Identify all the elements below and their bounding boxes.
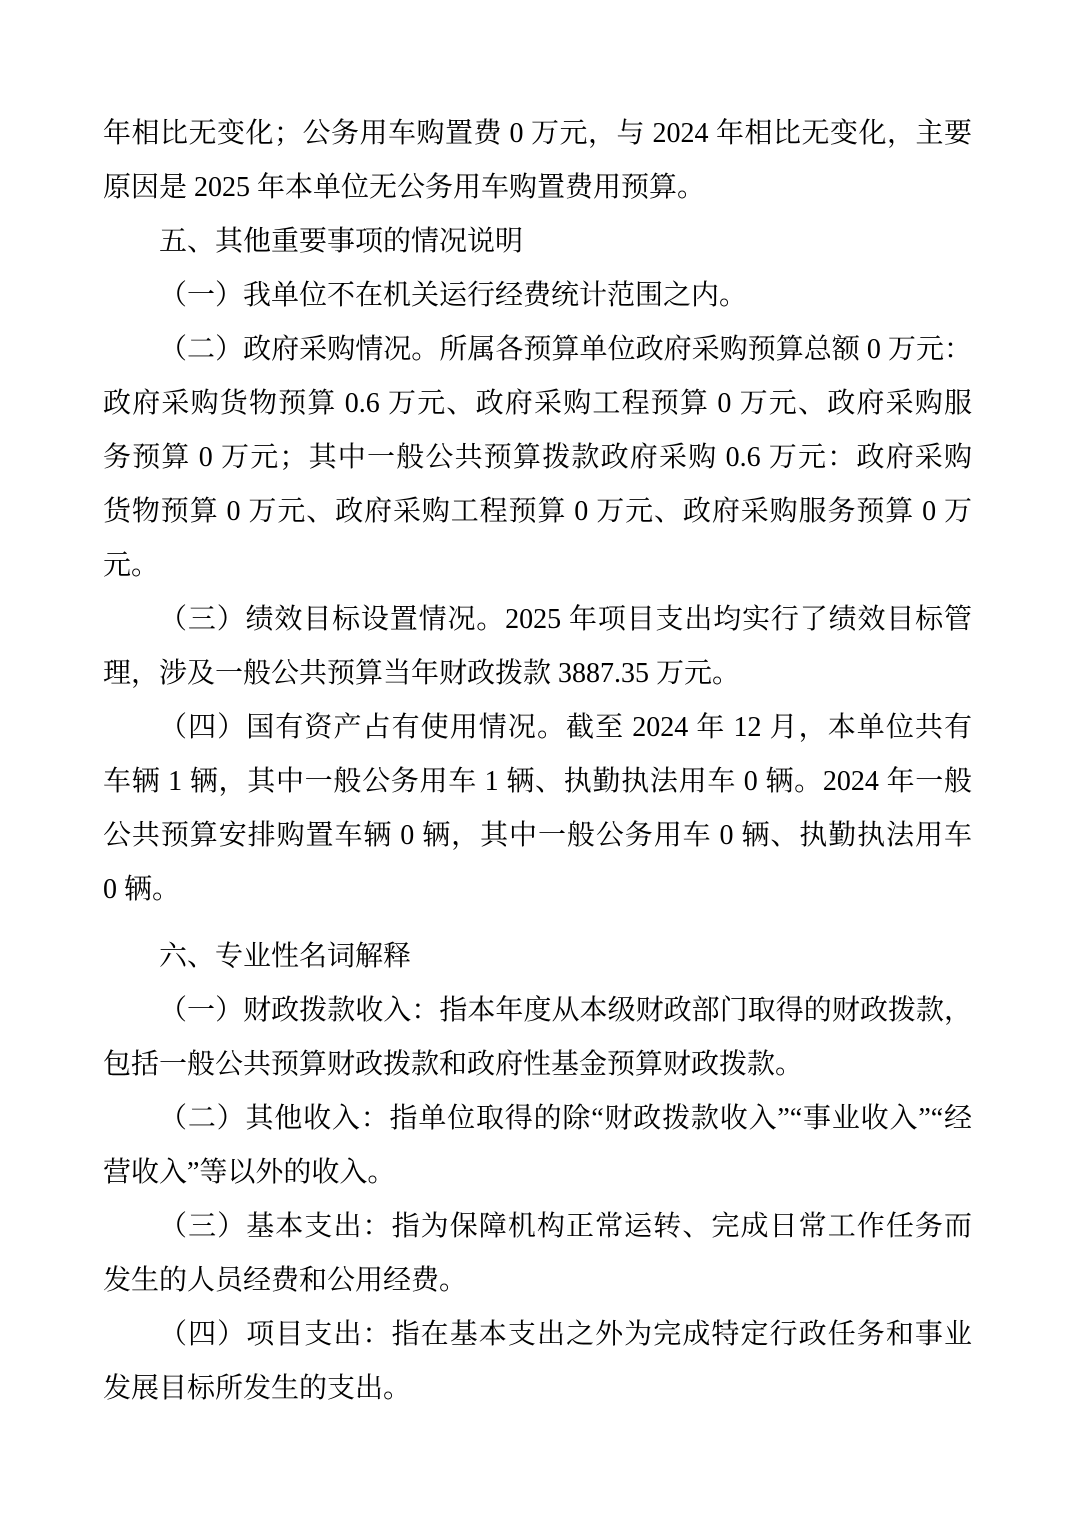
text-line: （四）项目支出：指在基本支出之外为完成特定行政任务和事业 bbox=[103, 1308, 972, 1362]
document-body: 年相比无变化；公务用车购置费 0 万元，与 2024 年相比无变化，主要原因是 … bbox=[0, 0, 1074, 1416]
text-line: （三）绩效目标设置情况。2025 年项目支出均实行了绩效目标管 bbox=[103, 593, 972, 647]
para-6-1-fiscal-appropriation-income: （一）财政拨款收入：指本年度从本级财政部门取得的财政拨款，包括一般公共预算财政拨… bbox=[103, 984, 972, 1092]
text-line: 政府采购货物预算 0.6 万元、政府采购工程预算 0 万元、政府采购服 bbox=[103, 377, 972, 431]
text-line: 元。 bbox=[103, 539, 972, 593]
para-5-1-operating-funds: （一）我单位不在机关运行经费统计范围之内。 bbox=[103, 269, 972, 323]
text-line: （四）国有资产占有使用情况。截至 2024 年 12 月，本单位共有 bbox=[103, 701, 972, 755]
text-line: 包括一般公共预算财政拨款和政府性基金预算财政拨款。 bbox=[103, 1038, 972, 1092]
para-6-2-other-income: （二）其他收入：指单位取得的除“财政拨款收入”“事业收入”“经营收入”等以外的收… bbox=[103, 1092, 972, 1200]
text-line: （二）政府采购情况。所属各预算单位政府采购预算总额 0 万元： bbox=[103, 323, 972, 377]
text-line: （一）财政拨款收入：指本年度从本级财政部门取得的财政拨款， bbox=[103, 984, 972, 1038]
text-line: 五、其他重要事项的情况说明 bbox=[103, 215, 972, 269]
text-line: （一）我单位不在机关运行经费统计范围之内。 bbox=[103, 269, 972, 323]
document-page: 年相比无变化；公务用车购置费 0 万元，与 2024 年相比无变化，主要原因是 … bbox=[0, 0, 1074, 1520]
para-6-3-basic-expenditure: （三）基本支出：指为保障机构正常运转、完成日常工作任务而发生的人员经费和公用经费… bbox=[103, 1200, 972, 1308]
text-line: 营收入”等以外的收入。 bbox=[103, 1146, 972, 1200]
text-line: 理，涉及一般公共预算当年财政拨款 3887.35 万元。 bbox=[103, 647, 972, 701]
para-5-3-performance-targets: （三）绩效目标设置情况。2025 年项目支出均实行了绩效目标管理，涉及一般公共预… bbox=[103, 593, 972, 701]
text-line: 六、专业性名词解释 bbox=[103, 930, 972, 984]
text-line: （三）基本支出：指为保障机构正常运转、完成日常工作任务而 bbox=[103, 1200, 972, 1254]
para-5-4-state-assets: （四）国有资产占有使用情况。截至 2024 年 12 月，本单位共有车辆 1 辆… bbox=[103, 701, 972, 917]
text-line: （二）其他收入：指单位取得的除“财政拨款收入”“事业收入”“经 bbox=[103, 1092, 972, 1146]
para-5-2-government-procurement: （二）政府采购情况。所属各预算单位政府采购预算总额 0 万元：政府采购货物预算 … bbox=[103, 323, 972, 593]
text-line: 务预算 0 万元；其中一般公共预算拨款政府采购 0.6 万元：政府采购 bbox=[103, 431, 972, 485]
text-line: 年相比无变化；公务用车购置费 0 万元，与 2024 年相比无变化，主要 bbox=[103, 107, 972, 161]
text-line: 车辆 1 辆，其中一般公务用车 1 辆、执勤执法用车 0 辆。2024 年一般 bbox=[103, 755, 972, 809]
heading-section-6: 六、专业性名词解释 bbox=[103, 930, 972, 984]
text-line: 公共预算安排购置车辆 0 辆，其中一般公务用车 0 辆、执勤执法用车 bbox=[103, 809, 972, 863]
para-6-4-project-expenditure: （四）项目支出：指在基本支出之外为完成特定行政任务和事业发展目标所发生的支出。 bbox=[103, 1308, 972, 1416]
text-line: 发生的人员经费和公用经费。 bbox=[103, 1254, 972, 1308]
para-vehicle-purchase-carryover: 年相比无变化；公务用车购置费 0 万元，与 2024 年相比无变化，主要原因是 … bbox=[103, 107, 972, 215]
heading-section-5: 五、其他重要事项的情况说明 bbox=[103, 215, 972, 269]
text-line: 原因是 2025 年本单位无公务用车购置费用预算。 bbox=[103, 161, 972, 215]
text-line: 货物预算 0 万元、政府采购工程预算 0 万元、政府采购服务预算 0 万 bbox=[103, 485, 972, 539]
text-line: 发展目标所发生的支出。 bbox=[103, 1362, 972, 1416]
text-line: 0 辆。 bbox=[103, 863, 972, 917]
